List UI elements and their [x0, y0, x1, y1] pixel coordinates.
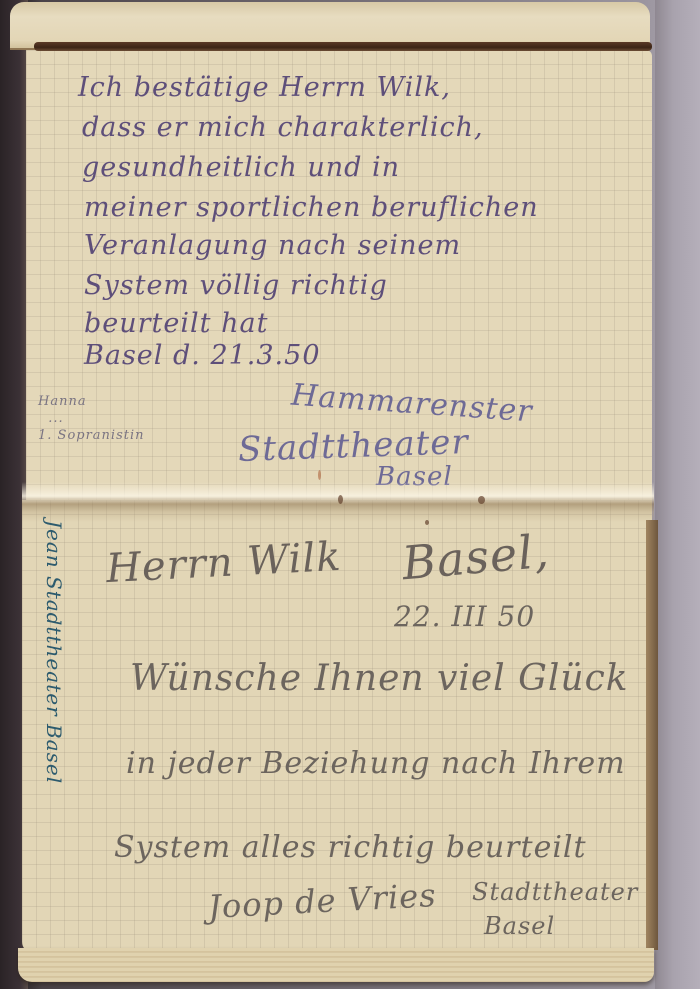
ink-stain: [425, 520, 429, 525]
ink-stain: [338, 495, 343, 504]
top-line-4: meiner sportlichen beruflichen: [84, 192, 539, 223]
place: Basel,: [400, 524, 552, 591]
body-line-3: System alles richtig beurteilt: [114, 830, 587, 865]
page-edge-shadow: [646, 520, 658, 950]
notebook-top-band: [34, 42, 652, 51]
top-line-1: Ich bestätige Herrn Wilk,: [78, 72, 451, 103]
top-line-2: dass er mich charakterlich,: [82, 112, 484, 143]
body-line-1: Wünsche Ihnen viel Glück: [130, 658, 629, 699]
top-line-3: gesundheitlich und in: [82, 152, 400, 183]
vertical-note: Jean Stadttheater Basel: [42, 520, 66, 784]
top-page: Ich bestätige Herrn Wilk, dass er mich c…: [26, 50, 652, 500]
closing-signature-city: Basel: [484, 912, 555, 940]
top-line-7: beurteilt hat: [84, 308, 268, 339]
notebook-photo: Ich bestätige Herrn Wilk, dass er mich c…: [0, 0, 700, 989]
margin-note: Hanna ... 1. Sopranistin: [38, 393, 145, 444]
ink-stain: [478, 496, 485, 504]
closing-signature-name: Joop de Vries: [207, 876, 437, 926]
closing-signature-affiliation: Stadttheater: [472, 878, 638, 906]
top-line-5: Veranlagung nach seinem: [84, 230, 461, 261]
body-line-2: in jeder Beziehung nach Ihrem: [126, 746, 626, 781]
date: 22. III 50: [394, 600, 535, 633]
top-line-6: System völlig richtig: [84, 270, 388, 301]
bottom-page: Jean Stadttheater Basel Herrn Wilk Basel…: [22, 500, 652, 952]
notebook-bottom-edge: [18, 948, 654, 982]
salutation: Herrn Wilk: [105, 534, 343, 592]
background-surface: [655, 0, 700, 989]
signature-name: Hammarenster: [290, 378, 534, 430]
rust-spot: [318, 470, 321, 480]
top-date: Basel d. 21.3.50: [84, 340, 321, 371]
